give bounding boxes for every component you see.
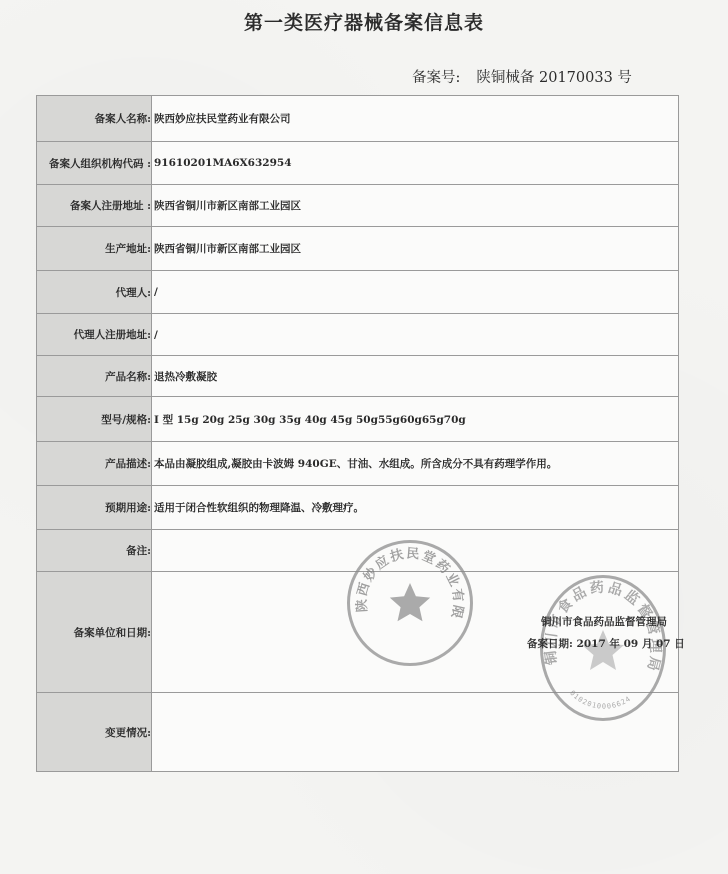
agency-seal-code: 0102010006624 [568,689,632,711]
svg-text:0102010006624: 0102010006624 [568,689,632,711]
product-description-label: 产品描述: [37,442,152,486]
record-number: 备案号:陕铜械备 20170033 号 [412,66,632,87]
model-spec-value: I 型 15g 20g 25g 30g 35g 40g 45g 50g55g60… [152,397,679,442]
filer-name-label: 备案人名称: [37,96,152,142]
agent-label: 代理人: [37,271,152,314]
filer-name-value: 陕西妙应扶民堂药业有限公司 [152,96,679,142]
product-name-value: 退热冷敷凝胶 [152,356,679,397]
remarks-label: 备注: [37,530,152,572]
change-status-label: 变更情况: [37,693,152,772]
table-row: 型号/规格: I 型 15g 20g 25g 30g 35g 40g 45g 5… [37,397,679,442]
table-row: 备案人名称: 陕西妙应扶民堂药业有限公司 [37,96,679,142]
registered-address-label: 备案人注册地址 : [37,185,152,227]
org-code-value: 91610201MA6X632954 [152,142,679,185]
record-number-label: 备案号: [412,70,460,86]
table-row: 产品名称: 退热冷敷凝胶 [37,356,679,397]
org-code-label: 备案人组织机构代码 : [37,142,152,185]
table-row: 预期用途: 适用于闭合性软组织的物理降温、冷敷理疗。 [37,486,679,530]
company-seal-graphic: 陕西妙应扶民堂药业有限公司 [350,543,470,663]
table-row: 生产地址: 陕西省铜川市新区南部工业园区 [37,227,679,271]
filing-unit-date-label: 备案单位和日期: [37,572,152,693]
product-description-value: 本品由凝胶组成,凝胶由卡波姆 940GE、甘油、水组成。所含成分不具有药理学作用… [152,442,679,486]
agent-address-value: / [152,314,679,356]
product-name-label: 产品名称: [37,356,152,397]
table-row: 代理人: / [37,271,679,314]
document-title: 第一类医疗器械备案信息表 [0,8,728,35]
company-seal: 陕西妙应扶民堂药业有限公司 [347,540,473,666]
registered-address-value: 陕西省铜川市新区南部工业园区 [152,185,679,227]
table-row: 备案人注册地址 : 陕西省铜川市新区南部工业园区 [37,185,679,227]
agent-address-label: 代理人注册地址: [37,314,152,356]
approval-agency: 铜川市食品药品监督管理局 [541,614,667,629]
production-address-label: 生产地址: [37,227,152,271]
agent-value: / [152,271,679,314]
model-spec-label: 型号/规格: [37,397,152,442]
table-row: 备案人组织机构代码 : 91610201MA6X632954 [37,142,679,185]
table-row: 代理人注册地址: / [37,314,679,356]
approval-date-value: 2017 年 09 月 07 日 [577,638,685,650]
record-number-value: 陕铜械备 20170033 号 [476,70,632,86]
intended-use-label: 预期用途: [37,486,152,530]
production-address-value: 陕西省铜川市新区南部工业园区 [152,227,679,271]
star-icon [390,583,430,621]
approval-date-label: 备案日期: [527,638,573,650]
table-row: 产品描述: 本品由凝胶组成,凝胶由卡波姆 940GE、甘油、水组成。所含成分不具… [37,442,679,486]
approval-date: 备案日期: 2017 年 09 月 07 日 [527,636,685,651]
intended-use-value: 适用于闭合性软组织的物理降温、冷敷理疗。 [152,486,679,530]
